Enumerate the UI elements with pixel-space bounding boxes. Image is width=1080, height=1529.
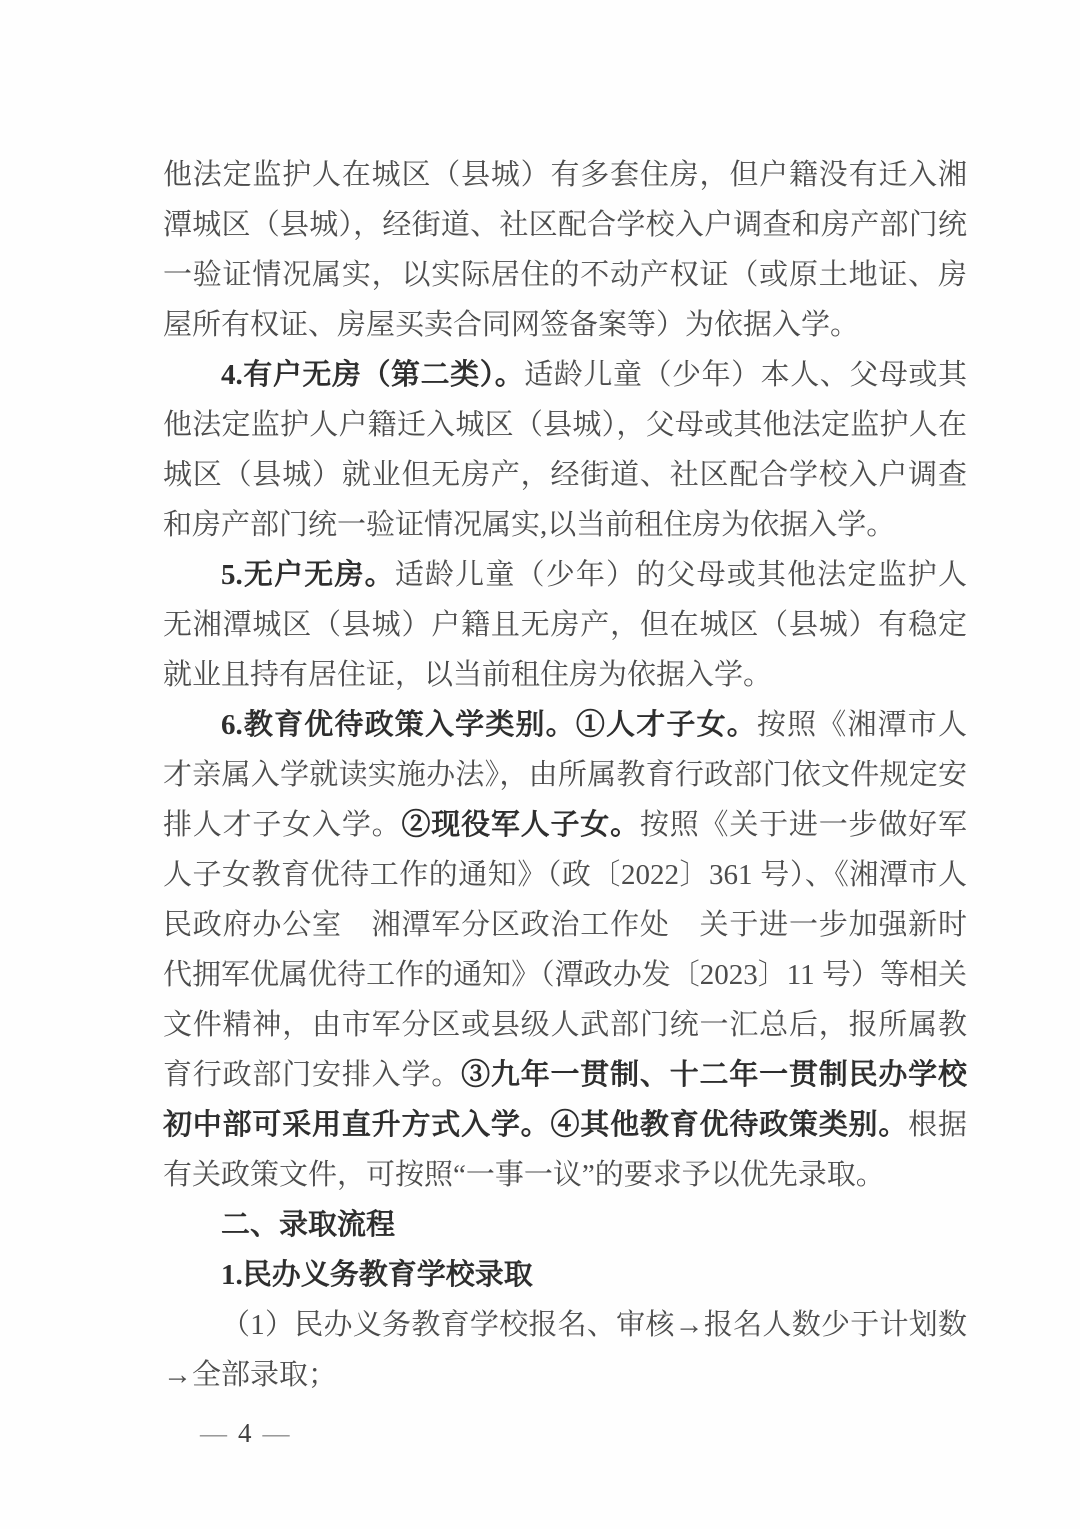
item-6-sub2-lead-in: ②现役军人子女。 [401, 809, 639, 841]
page-number: 4 [238, 1418, 253, 1448]
paragraph-item-4: 4.有户无房（第二类）。适龄儿童（少年）本人、父母或其他法定监护人户籍迁入城区（… [163, 350, 967, 550]
page-number-footer: —4— [190, 1418, 301, 1449]
paragraph-text: 按照《关于进一步做好军人子女教育优待工作的通知》（政〔2022〕361 号）、《… [163, 809, 967, 1091]
paragraph-item-5: 5.无户无房。适龄儿童（少年）的父母或其他法定监护人无湘潭城区（县城）户籍且无房… [163, 550, 967, 700]
document-body: 他法定监护人在城区（县城）有多套住房，但户籍没有迁入湘潭城区（县城），经街道、社… [163, 150, 967, 1400]
paragraph-item-6: 6.教育优待政策入学类别。①人才子女。按照《湘潭市人才亲属入学就读实施办法》，由… [163, 700, 967, 1200]
paragraph-text: （1）民办义务教育学校报名、审核→报名人数少于计划数→全部录取； [163, 1309, 967, 1391]
item-6-lead-in: 6.教育优待政策入学类别。①人才子女。 [221, 709, 757, 741]
item-5-lead-in: 5.无户无房。 [221, 559, 395, 591]
item-4-lead-in: 4.有户无房（第二类）。 [221, 359, 524, 391]
paragraph-text: 他法定监护人在城区（县城）有多套住房，但户籍没有迁入湘潭城区（县城），经街道、社… [163, 159, 967, 341]
paragraph-continuation: 他法定监护人在城区（县城）有多套住房，但户籍没有迁入湘潭城区（县城），经街道、社… [163, 150, 967, 350]
document-page: 他法定监护人在城区（县城）有多套住房，但户籍没有迁入湘潭城区（县城），经街道、社… [0, 0, 1080, 1529]
subsection-heading-private-school-admission: 1.民办义务教育学校录取 [163, 1250, 967, 1300]
footer-left-dash: — [200, 1418, 228, 1448]
section-heading-recruitment-process: 二、录取流程 [163, 1200, 967, 1250]
paragraph-step-1: （1）民办义务教育学校报名、审核→报名人数少于计划数→全部录取； [163, 1300, 967, 1400]
footer-right-dash: — [263, 1418, 291, 1448]
